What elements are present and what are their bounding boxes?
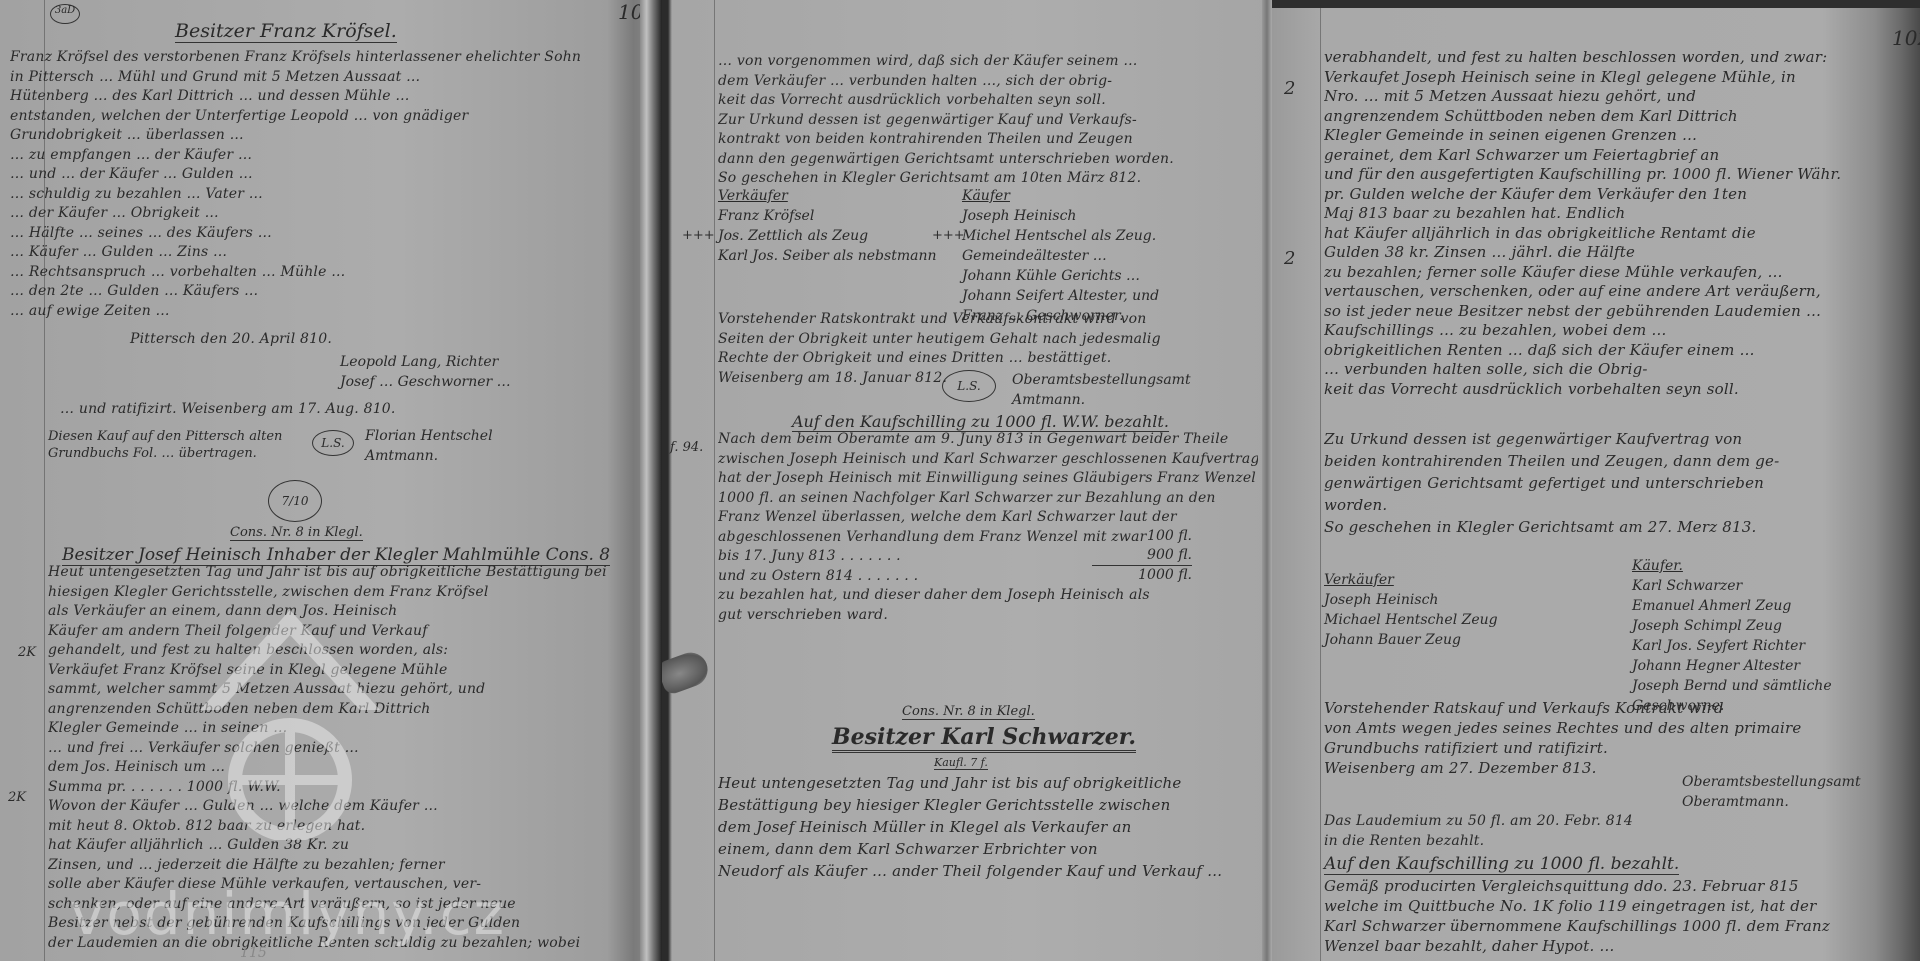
handwritten-line: Johann Kühle Gerichts … [962,266,1159,286]
payment-heading: Auf den Kaufschilling zu 1000 fl. W.W. b… [792,412,1169,432]
handwritten-line: Verkaufet Joseph Heinisch seine in Klegl… [1324,68,1904,88]
bottom-number: 115 [240,945,267,961]
cons-label: Cons. Nr. 8 in Klegl. [230,525,363,541]
handwritten-line: angrenzendem Schüttboden neben dem Karl … [1324,107,1904,127]
handwritten-line: zwischen Joseph Heinisch und Karl Schwar… [718,450,1258,470]
watermark-mill-icon [190,600,390,840]
payment-items: bis 17. Juny 813 . . . . . . .und zu Ost… [718,547,1018,586]
handwritten-line: 900 fl. [1092,546,1192,565]
handwritten-line: Karl Schwarzer übernommene Kaufschilling… [1324,916,1904,936]
handwritten-line: Grundbuchs ratifiziert und ratifizirt. [1324,738,1904,758]
handwritten-line: Seiten der Obrigkeit unter heutigem Geha… [718,330,1258,350]
approval-officer: OberamtsbestellungsamtOberamtmann. [1682,772,1861,812]
official-seal: L.S. [312,430,354,456]
sellers-list: VerkäuferJoseph HeinischMichael Hentsche… [1324,570,1498,650]
handwritten-line: Karl Schwarzer [1632,576,1832,596]
handwritten-line: obrigkeitlichen Renten … daß sich der Kä… [1324,341,1904,361]
entry-closing: Zu Urkund dessen ist gegenwärtiger Kaufv… [1324,428,1904,538]
handwritten-line: Joseph Heinisch [1324,590,1498,610]
handwritten-line: Gulden 38 kr. Zinsen … jährl. die Hälfte [1324,243,1904,263]
handwritten-line: Gemäß producirten Vergleichsquittung ddo… [1324,876,1904,896]
handwritten-line: verabhandelt, und fest zu halten beschlo… [1324,48,1904,68]
handwritten-line: … der Käufer … Obrigkeit … [10,204,630,224]
handwritten-line: Oberamtmann. [1682,792,1861,812]
handwritten-line: … verbunden halten solle, sich die Obrig… [1324,360,1904,380]
payment-margin-ref: f. 94. [670,440,703,455]
handwritten-line: Karl Jos. Seiber als nebstmann [718,246,936,266]
handwritten-line: hat der Joseph Heinisch mit Einwilligung… [718,469,1258,489]
handwritten-line: Emanuel Ahmerl Zeug [1632,596,1832,616]
column-title: Verkäufer [1324,570,1498,590]
handwritten-line: Neudorf als Käufer … ander Theil folgend… [718,860,1258,882]
margin-mark: 2K [18,645,36,660]
handwritten-line: Amtmann. [365,446,493,466]
cross-marks: +++ [682,228,715,243]
handwritten-line: … Rechtsanspruch … vorbehalten … Mühle … [10,263,630,283]
entry-1-officer: Florian HentschelAmtmann. [365,426,493,466]
entry-text: Heut untengesetzten Tag und Jahr ist bis… [718,772,1258,882]
handwritten-line: Vorstehender Ratskauf und Verkaufs Kontr… [1324,698,1904,718]
handwritten-line: Heut untengesetzten Tag und Jahr ist bis… [48,563,638,583]
handwritten-line: 100 fl. [1092,527,1192,546]
entry-1-text: Franz Kröfsel des verstorbenen Franz Krö… [10,48,630,321]
handwritten-line: vertauschen, verschenken, oder auf eine … [1324,282,1904,302]
approval-text: Vorstehender Ratskauf und Verkaufs Kontr… [1324,698,1904,778]
payment-total: 1000 fl. [1092,565,1192,585]
handwritten-line: Jos. Zettlich als Zeug [718,226,936,246]
approval-seal: L.S. [942,370,996,402]
handwritten-line: so ist jeder neue Besitzer nebst der geb… [1324,302,1904,322]
handwritten-line: Nro. … mit 5 Metzen Aussaat hiezu gehört… [1324,87,1904,107]
margin-rule [1320,8,1321,961]
handwritten-line: Joseph Heinisch [962,206,1159,226]
owner-heading: Besitzer Karl Schwarzer. [832,724,1136,753]
middle-page: … von vorgenommen wird, daß sich der Käu… [662,0,1270,961]
handwritten-line: pr. Gulden welche der Käufer dem Verkäuf… [1324,185,1904,205]
handwritten-line: worden. [1324,494,1904,516]
handwritten-line: Klegler Gemeinde in seinen eigenen Grenz… [1324,126,1904,146]
handwritten-line: Michel Hentschel als Zeug. [962,226,1159,246]
handwritten-line: zu bezahlen; ferner solle Käufer diese M… [1324,263,1904,283]
handwritten-line: hat Käufer alljährlich in das obrigkeitl… [1324,224,1904,244]
sub-label: Kaufl. 7 f. [934,756,988,770]
handwritten-line: … Käufer … Gulden … Zins … [10,243,630,263]
handwritten-line: Johann Hegner Altester [1632,656,1832,676]
handwritten-line: welche im Quittbuche No. 1K folio 119 ei… [1324,896,1904,916]
entry-1-date: Pittersch den 20. April 810. [130,330,332,350]
handwritten-line: … den 2te … Gulden … Käufers … [10,282,630,302]
handwritten-line: und zu Ostern 814 . . . . . . . [718,567,1018,587]
handwritten-line: keit das Vorrecht ausdrücklich vorbehalt… [718,91,1258,111]
cons-label: Cons. Nr. 8 in Klegl. [902,704,1035,720]
handwritten-line: Nach dem beim Oberamte am 9. Juny 813 in… [718,430,1258,450]
handwritten-line: Franz Wenzel überlassen, welche dem Karl… [718,508,1258,528]
buyers-list: Käufer.Karl SchwarzerEmanuel Ahmerl Zeug… [1632,556,1832,716]
handwritten-line: Joseph Bernd und sämtliche [1632,676,1832,696]
handwritten-line: Florian Hentschel [365,426,493,446]
right-page: 102 2 2 verabhandelt, und fest zu halten… [1272,8,1920,961]
handwritten-line: … schuldig zu bezahlen … Vater … [10,185,630,205]
handwritten-line: in Pittersch … Mühl und Grund mit 5 Metz… [10,68,630,88]
payment-amounts: 100 fl.900 fl.1000 fl. [1092,527,1192,585]
page-number: 102 [1892,26,1920,50]
handwritten-line: bis 17. Juny 813 . . . . . . . [718,547,1018,567]
handwritten-line: … Hälfte … seines … des Käufers … [10,224,630,244]
book-gutter [640,0,662,961]
handwritten-line: dem Verkäufer … verbunden halten …, sich… [718,72,1258,92]
handwritten-line: Gemeindeältester … [962,246,1159,266]
handwritten-line: Zu Urkund dessen ist gegenwärtiger Kaufv… [1324,428,1904,450]
column-title: Käufer [962,186,1159,206]
sellers-list: VerkäuferFranz KröfselJos. Zettlich als … [718,186,936,266]
handwritten-line: Kaufschillings … zu bezahlen, wobei dem … [1324,321,1904,341]
column-title: Verkäufer [718,186,936,206]
entry-1-margin-note: Diesen Kauf auf den Pittersch alten Grun… [48,428,298,462]
handwritten-line: kontrakt von beiden kontrahirenden Theil… [718,130,1258,150]
handwritten-line: Amtmann. [1012,390,1191,410]
handwritten-line: Oberamtsbestellungsamt [1012,370,1191,390]
handwritten-line: Zur Urkund dessen ist gegenwärtiger Kauf… [718,111,1258,131]
handwritten-line: Karl Jos. Seyfert Richter [1632,636,1832,656]
handwritten-line: Maj 813 baar zu bezahlen hat. Endlich [1324,204,1904,224]
handwritten-line: Heut untengesetzten Tag und Jahr ist bis… [718,772,1258,794]
handwritten-line: Oberamtsbestellungsamt [1682,772,1861,792]
handwritten-line: Zinsen, und … jederzeit die Hälfte zu be… [48,856,638,876]
handwritten-line: dem Josef Heinisch Müller in Klegel als … [718,816,1258,838]
watermark-text: vodnimlyny.cz [70,880,506,948]
buyers-list: KäuferJoseph HeinischMichel Hentschel al… [962,186,1159,326]
entry-text: verabhandelt, und fest zu halten beschlo… [1324,48,1904,399]
handwritten-line: einem, dann dem Karl Schwarzer Erbrichte… [718,838,1258,860]
handwritten-line: Franz Kröfsel [718,206,936,226]
entry-1-signers: Leopold Lang, RichterJosef … Geschworner… [340,352,511,392]
cross-marks: +++ [932,228,965,243]
handwritten-line: So geschehen in Klegler Gerichtsamt am 2… [1324,516,1904,538]
margin-mark: 2 [1284,248,1295,269]
handwritten-line: Wenzel baar bezahlt, daher Hypot. … [1324,936,1904,956]
corner-mark: 3aD [50,4,80,24]
payment-heading: Auf den Kaufschilling zu 1000 fl. bezahl… [1324,854,1679,875]
handwritten-line: von Amts wegen jedes seines Rechtes und … [1324,718,1904,738]
handwritten-line: keit das Vorrecht ausdrücklich vorbehalt… [1324,380,1904,400]
handwritten-line: zu bezahlen hat, und dieser daher dem Jo… [718,586,1258,606]
handwritten-line: Franz Kröfsel des verstorbenen Franz Krö… [10,48,630,68]
owner-heading-1: Besitzer Franz Kröfsel. [175,20,397,43]
handwritten-line: 1000 fl. an seinen Nachfolger Karl Schwa… [718,489,1258,509]
handwritten-line: … und … der Käufer … Gulden … [10,165,630,185]
register-seal: 7/10 [268,480,322,522]
handwritten-line: … auf ewige Zeiten … [10,302,630,322]
handwritten-line: beiden kontrahirenden Theilen und Zeugen… [1324,450,1904,472]
approval-officer: OberamtsbestellungsamtAmtmann. [1012,370,1191,410]
left-page: 3aD 101 Besitzer Franz Kröfsel. Franz Kr… [0,0,660,961]
handwritten-line: und für den ausgefertigten Kaufschilling… [1324,165,1904,185]
handwritten-line: Das Laudemium zu 50 fl. am 20. Febr. 814 [1324,812,1824,832]
handwritten-line: Johann Bauer Zeug [1324,630,1498,650]
laudemium-text: Das Laudemium zu 50 fl. am 20. Febr. 814… [1324,812,1824,851]
column-title: Käufer. [1632,556,1832,576]
handwritten-line: Josef … Geschworner … [340,372,511,392]
handwritten-line: Bestättigung bey hiesiger Klegler Gerich… [718,794,1258,816]
handwritten-line: Michael Hentschel Zeug [1324,610,1498,630]
handwritten-line: in die Renten bezahlt. [1324,832,1824,852]
payment-text: Gemäß producirten Vergleichsquittung ddo… [1324,876,1904,956]
scanner-thumb [662,648,712,696]
handwritten-line: dann den gegenwärtigen Gerichtsamt unter… [718,150,1258,170]
page-fold [1262,0,1272,961]
handwritten-line: Grundobrigkeit … überlassen … [10,126,630,146]
handwritten-line: gut verschrieben ward. [718,606,1258,626]
handwritten-line: Leopold Lang, Richter [340,352,511,372]
handwritten-line: Rechte der Obrigkeit und eines Dritten …… [718,349,1258,369]
entry-continuation: … von vorgenommen wird, daß sich der Käu… [718,52,1258,189]
margin-rule [714,0,715,961]
entry-1-confirmation: … und ratifizirt. Weisenberg am 17. Aug.… [60,400,396,420]
handwritten-line: Joseph Schimpl Zeug [1632,616,1832,636]
handwritten-line: entstanden, welchen der Unterfertige Leo… [10,107,630,127]
handwritten-line: genwärtigen Gerichtsamt gefertiget und u… [1324,472,1904,494]
handwritten-line: Hütenberg … des Karl Dittrich … und dess… [10,87,630,107]
payment-closing: zu bezahlen hat, und dieser daher dem Jo… [718,586,1258,625]
handwritten-line: Johann Seifert Altester, und [962,286,1159,306]
handwritten-line: gerainet, dem Karl Schwarzer um Feiertag… [1324,146,1904,166]
handwritten-line: … von vorgenommen wird, daß sich der Käu… [718,52,1258,72]
handwritten-line: Vorstehender Ratskontrakt und Verkaufsko… [718,310,1258,330]
margin-mark: 2 [1284,78,1295,99]
margin-mark: 2K [8,790,26,805]
handwritten-line: … zu empfangen … der Käufer … [10,146,630,166]
